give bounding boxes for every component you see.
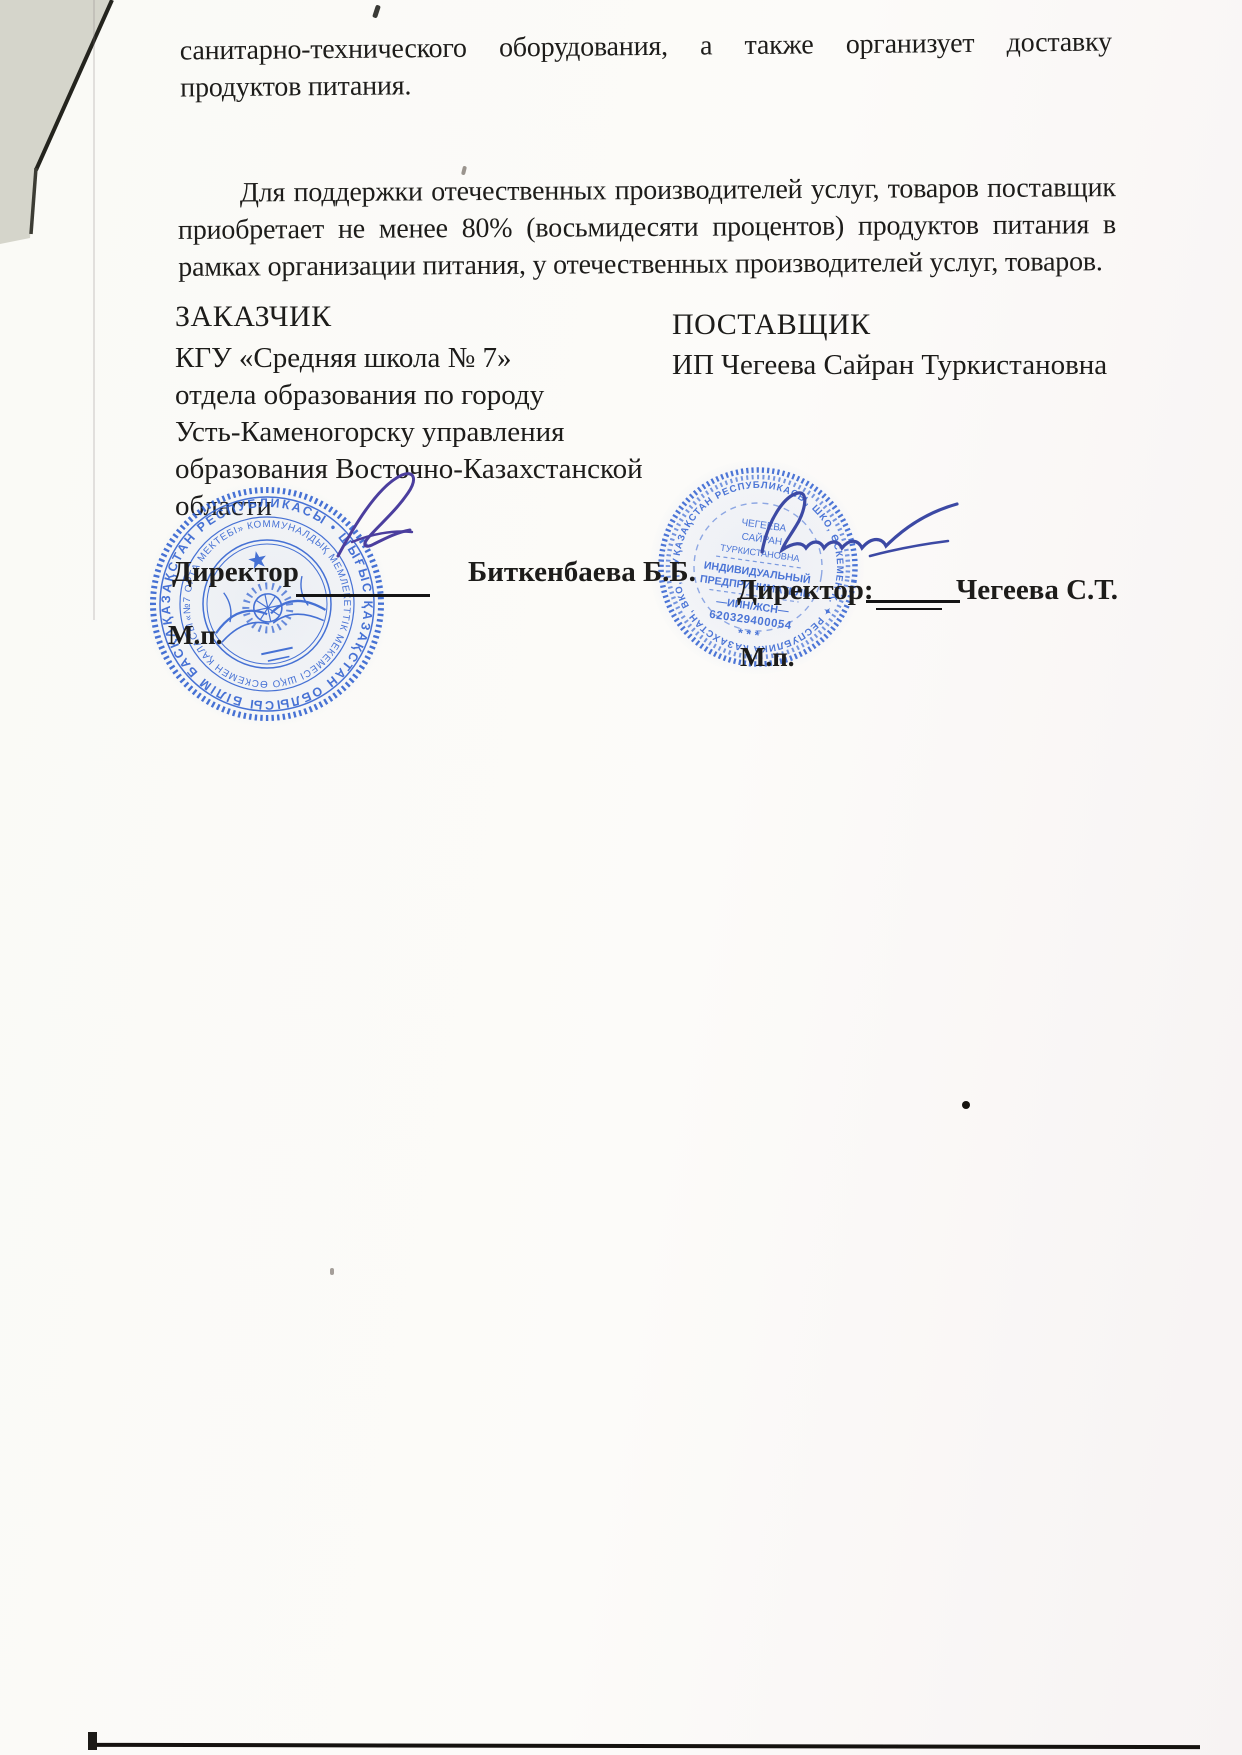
supplier-signatory-role: Директор: (737, 574, 874, 607)
customer-line: отдела образования по городу (175, 377, 643, 414)
customer-line: Усть-Каменогорску управления (175, 414, 643, 451)
supplier-name: ИП Чегеева Сайран Туркистановна (672, 347, 1107, 384)
scan-faint-mark (330, 1268, 334, 1275)
customer-signatory-name: Биткенбаева Б.Б. (468, 556, 696, 589)
customer-line: КГУ «Средняя школа № 7» (175, 340, 643, 377)
supplier-signatory-name: Чегеева С.Т. (956, 574, 1118, 607)
stamp-stars: * * * (737, 626, 760, 643)
supplier-seal-note: М.п. (740, 642, 795, 673)
customer-signature-ink (322, 468, 452, 568)
customer-signatory-role: Директор (172, 556, 299, 589)
scanned-contract-page: { "colors": { "stamp_blue": "#2e5fd0", "… (0, 0, 1242, 1755)
scan-bottom-corner-mark (88, 1732, 97, 1750)
customer-seal-note: М.п. (168, 620, 223, 651)
scan-page-edge-shadow (93, 0, 95, 620)
supplier-signature-line (866, 600, 960, 603)
scan-dot (962, 1101, 970, 1109)
supplier-signature-ink (752, 486, 967, 576)
customer-signature-line (296, 594, 430, 597)
paragraph-domestic-producers: Для поддержки отечественных производител… (178, 169, 1117, 286)
scan-corner-fold-artifact (0, 0, 140, 250)
scan-bottom-edge-line (92, 1743, 1200, 1749)
customer-heading: ЗАКАЗЧИК (175, 300, 332, 334)
paragraph-sanitary-equipment: санитарно-технического оборудования, а т… (180, 24, 1113, 107)
scan-speck (372, 5, 381, 19)
supplier-signature-line-2 (876, 608, 942, 610)
supplier-heading: ПОСТАВЩИК (672, 308, 871, 342)
